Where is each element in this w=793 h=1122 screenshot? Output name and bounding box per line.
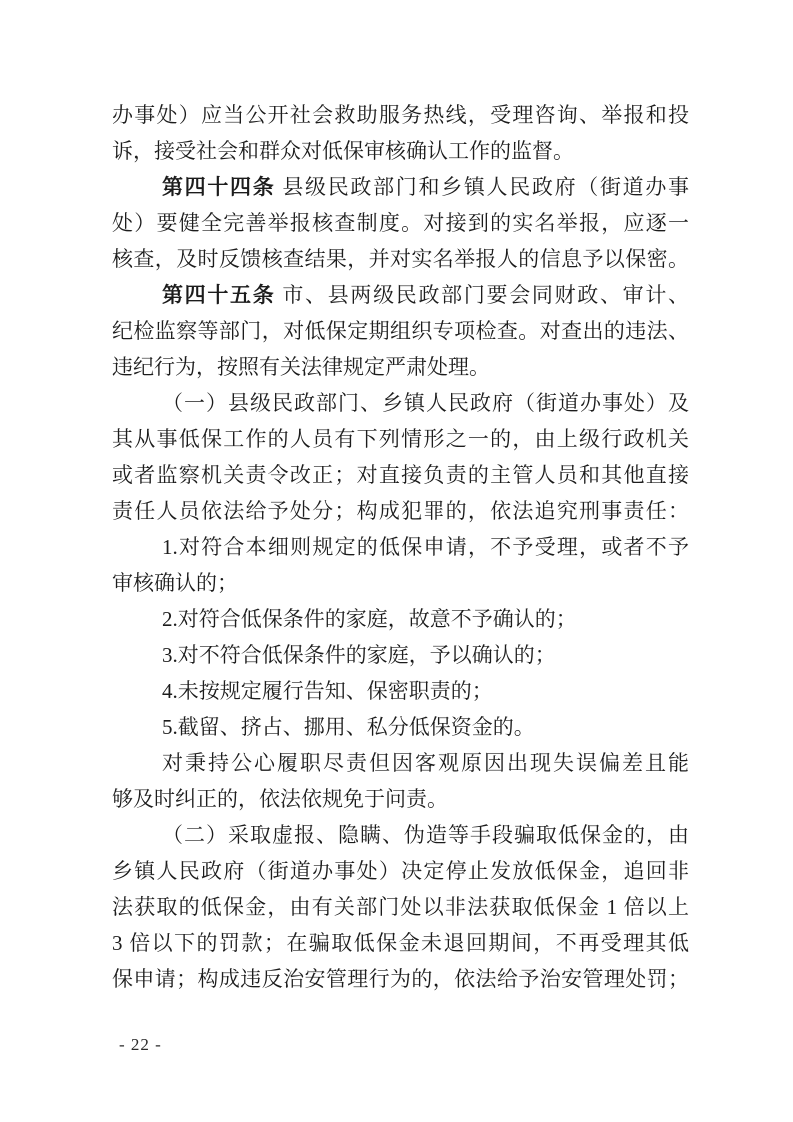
- text-line: 违纪行为，按照有关法律规定严肃处理。: [112, 349, 689, 385]
- text-line: 其从事低保工作的人员有下列情形之一的，由上级行政机关: [112, 421, 689, 457]
- text-line: （一）县级民政部门、乡镇人民政府（街道办事处）及: [112, 385, 689, 421]
- text-line: 责任人员依法给予处分；构成犯罪的，依法追究刑事责任：: [112, 493, 689, 529]
- text-line: 纪检监察等部门，对低保定期组织专项检查。对查出的违法、: [112, 313, 689, 349]
- page-number: - 22 -: [119, 1034, 162, 1056]
- text-line: 核查，及时反馈核查结果，并对实名举报人的信息予以保密。: [112, 241, 689, 277]
- document-page: 办事处）应当公开社会救助服务热线，受理咨询、举报和投诉，接受社会和群众对低保审核…: [0, 0, 793, 1122]
- text-line: 够及时纠正的，依法依规免于问责。: [112, 781, 689, 817]
- article-number: 第四十五条: [162, 283, 275, 307]
- text-line: 乡镇人民政府（街道办事处）决定停止发放低保金，追回非: [112, 853, 689, 889]
- document-body: 办事处）应当公开社会救助服务热线，受理咨询、举报和投诉，接受社会和群众对低保审核…: [112, 97, 689, 997]
- text-line: 5.截留、挤占、挪用、私分低保资金的。: [112, 709, 689, 745]
- text-line: （二）采取虚报、隐瞒、伪造等手段骗取低保金的，由: [112, 817, 689, 853]
- text-line: 第四十四条 县级民政部门和乡镇人民政府（街道办事: [112, 169, 689, 205]
- text-line: 审核确认的；: [112, 565, 689, 601]
- text-line: 4.未按规定履行告知、保密职责的；: [112, 673, 689, 709]
- text-line: 第四十五条 市、县两级民政部门要会同财政、审计、: [112, 277, 689, 313]
- text-line: 或者监察机关责令改正；对直接负责的主管人员和其他直接: [112, 457, 689, 493]
- text-line: 2.对符合低保条件的家庭，故意不予确认的；: [112, 601, 689, 637]
- text-line: 法获取的低保金，由有关部门处以非法获取低保金 1 倍以上: [112, 889, 689, 925]
- text-line: 1.对符合本细则规定的低保申请，不予受理，或者不予: [112, 529, 689, 565]
- text-line: 诉，接受社会和群众对低保审核确认工作的监督。: [112, 133, 689, 169]
- text-line: 保申请；构成违反治安管理行为的，依法给予治安管理处罚；: [112, 961, 689, 997]
- text-line: 3.对不符合低保条件的家庭，予以确认的；: [112, 637, 689, 673]
- article-number: 第四十四条: [162, 175, 275, 199]
- text-line: 办事处）应当公开社会救助服务热线，受理咨询、举报和投: [112, 97, 689, 133]
- text-line: 3 倍以下的罚款；在骗取低保金未退回期间，不再受理其低: [112, 925, 689, 961]
- text-line: 处）要健全完善举报核查制度。对接到的实名举报，应逐一: [112, 205, 689, 241]
- text-line: 对秉持公心履职尽责但因客观原因出现失误偏差且能: [112, 745, 689, 781]
